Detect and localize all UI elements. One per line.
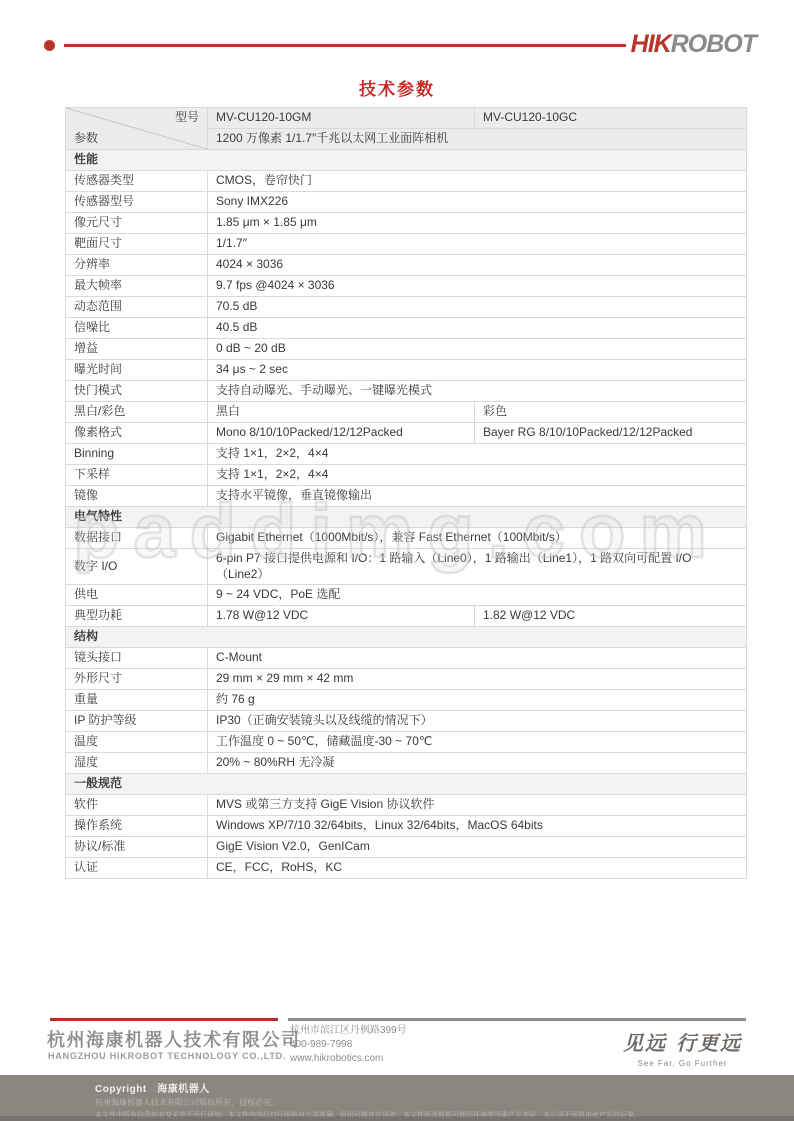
table-row: 最大帧率9.7 fps @4024 × 3036 xyxy=(66,276,747,297)
copyright-heading: Copyright 海康机器人 xyxy=(95,1080,794,1095)
copyright-bar: Copyright 海康机器人 杭州海康机器人技术有限公司版权所有，侵权必究。 … xyxy=(0,1075,794,1121)
model-name-cell: MV-CU120-10GM xyxy=(208,108,475,129)
slogan-en: See Far, Go Further xyxy=(623,1059,742,1068)
table-row: 镜像支持水平镜像，垂直镜像输出 xyxy=(66,486,747,507)
company-name-cn: 杭州海康机器人技术有限公司 xyxy=(47,1026,301,1052)
spec-value: 1.82 W@12 VDC xyxy=(475,606,747,627)
table-row: 认证CE，FCC，RoHS，KC xyxy=(66,858,747,879)
table-row: Binning支持 1×1，2×2，4×4 xyxy=(66,444,747,465)
table-row: 像素格式Mono 8/10/10Packed/12/12PackedBayer … xyxy=(66,423,747,444)
spec-label: 像素格式 xyxy=(66,423,208,444)
spec-label: 传感器类型 xyxy=(66,171,208,192)
spec-label: 外形尺寸 xyxy=(66,669,208,690)
legal-line-1: 杭州海康机器人技术有限公司版权所有，侵权必究。 xyxy=(95,1097,794,1108)
table-row: 快门模式支持自动曝光、手动曝光、一键曝光模式 xyxy=(66,381,747,402)
header-rule xyxy=(64,44,626,47)
spec-label: 数据接口 xyxy=(66,528,208,549)
spec-value: 支持水平镜像，垂直镜像输出 xyxy=(208,486,747,507)
spec-label: 增益 xyxy=(66,339,208,360)
spec-label: 下采样 xyxy=(66,465,208,486)
slogan-block: 见远 行更远 See Far, Go Further xyxy=(623,1027,742,1068)
address-line: 杭州市滨江区丹枫路399号 xyxy=(290,1024,407,1038)
page-title: 技术参数 xyxy=(0,75,794,100)
spec-label: 传感器型号 xyxy=(66,192,208,213)
spec-label: 曝光时间 xyxy=(66,360,208,381)
table-row: 黑白/彩色黑白彩色 xyxy=(66,402,747,423)
spec-value: 黑白 xyxy=(208,402,475,423)
spec-label: 快门模式 xyxy=(66,381,208,402)
spec-value: MVS 或第三方支持 GigE Vision 协议软件 xyxy=(208,795,747,816)
section-label: 结构 xyxy=(66,627,747,648)
spec-value: 34 μs ~ 2 sec xyxy=(208,360,747,381)
legal-line-2: 本文件中所有信息如有变更恕不另行通知；本文件内容经过仔细核对力求准确，但仍可能存… xyxy=(95,1110,794,1120)
datasheet-page: HIKROBOT 技术参数 型号 参数 MV-CU120-10GM MV-CU1… xyxy=(0,0,794,1121)
spec-value: Mono 8/10/10Packed/12/12Packed xyxy=(208,423,475,444)
table-row: 分辨率4024 × 3036 xyxy=(66,255,747,276)
spec-label: 软件 xyxy=(66,795,208,816)
table-row: 像元尺寸1.85 μm × 1.85 μm xyxy=(66,213,747,234)
table-row: 协议/标准GigE Vision V2.0，GenICam xyxy=(66,837,747,858)
spec-value: 支持自动曝光、手动曝光、一键曝光模式 xyxy=(208,381,747,402)
table-row: 曝光时间34 μs ~ 2 sec xyxy=(66,360,747,381)
spec-label: 典型功耗 xyxy=(66,606,208,627)
corner-label-model: 型号 xyxy=(175,110,199,126)
spec-value: 工作温度 0 ~ 50℃，储藏温度-30 ~ 70℃ xyxy=(208,732,747,753)
company-name-en: HANGZHOU HIKROBOT TECHNOLOGY CO.,LTD. xyxy=(48,1051,286,1061)
logo-robot-text: ROBOT xyxy=(671,30,756,58)
section-label: 性能 xyxy=(66,150,747,171)
spec-label: 靶面尺寸 xyxy=(66,234,208,255)
contact-block: 杭州市滨江区丹枫路399号 400-989-7998 www.hikroboti… xyxy=(290,1024,407,1066)
hikrobot-logo: HIKROBOT xyxy=(631,30,756,59)
section-row: 性能 xyxy=(66,150,747,171)
table-row: 温度工作温度 0 ~ 50℃，储藏温度-30 ~ 70℃ xyxy=(66,732,747,753)
table-row: 外形尺寸29 mm × 29 mm × 42 mm xyxy=(66,669,747,690)
spec-value: 6-pin P7 接口提供电源和 I/O：1 路输入（Line0），1 路输出（… xyxy=(208,549,747,585)
spec-label: 动态范围 xyxy=(66,297,208,318)
spec-value: GigE Vision V2.0，GenICam xyxy=(208,837,747,858)
spec-label: 信噪比 xyxy=(66,318,208,339)
spec-label: 湿度 xyxy=(66,753,208,774)
camera-description-cell: 1200 万像素 1/1.7″千兆以太网工业面阵相机 xyxy=(208,129,747,150)
section-label: 一般规范 xyxy=(66,774,747,795)
section-row: 结构 xyxy=(66,627,747,648)
table-row: 典型功耗1.78 W@12 VDC1.82 W@12 VDC xyxy=(66,606,747,627)
table-row: 供电9 ~ 24 VDC，PoE 选配 xyxy=(66,585,747,606)
table-row: 操作系统Windows XP/7/10 32/64bits，Linux 32/6… xyxy=(66,816,747,837)
spec-value: 支持 1×1，2×2，4×4 xyxy=(208,465,747,486)
spec-value: 70.5 dB xyxy=(208,297,747,318)
spec-label: 重量 xyxy=(66,690,208,711)
table-row: 传感器型号Sony IMX226 xyxy=(66,192,747,213)
spec-table-body: 型号 参数 MV-CU120-10GM MV-CU120-10GC 1200 万… xyxy=(66,108,747,879)
table-row: 动态范围70.5 dB xyxy=(66,297,747,318)
table-row: 传感器类型CMOS，卷帘快门 xyxy=(66,171,747,192)
spec-value: Windows XP/7/10 32/64bits，Linux 32/64bit… xyxy=(208,816,747,837)
table-row: 镜头接口C-Mount xyxy=(66,648,747,669)
spec-value: 约 76 g xyxy=(208,690,747,711)
spec-label: 最大帧率 xyxy=(66,276,208,297)
spec-value: C-Mount xyxy=(208,648,747,669)
spec-value: Sony IMX226 xyxy=(208,192,747,213)
table-row: 靶面尺寸1/1.7″ xyxy=(66,234,747,255)
spec-label: 分辨率 xyxy=(66,255,208,276)
accent-dot-icon xyxy=(44,40,55,51)
website-line: www.hikrobotics.com xyxy=(290,1052,407,1066)
spec-value: 9 ~ 24 VDC，PoE 选配 xyxy=(208,585,747,606)
spec-value: 20% ~ 80%RH 无冷凝 xyxy=(208,753,747,774)
spec-label: 协议/标准 xyxy=(66,837,208,858)
logo-hik-text: HIK xyxy=(631,30,671,58)
slogan-cn: 见远 行更远 xyxy=(623,1027,742,1056)
spec-value: Gigabit Ethernet（1000Mbit/s），兼容 Fast Eth… xyxy=(208,528,747,549)
spec-value: 40.5 dB xyxy=(208,318,747,339)
spec-value: 支持 1×1，2×2，4×4 xyxy=(208,444,747,465)
spec-value: 1.85 μm × 1.85 μm xyxy=(208,213,747,234)
footer-red-rule xyxy=(50,1018,278,1021)
table-row: IP 防护等级IP30（正确安装镜头以及线缆的情况下） xyxy=(66,711,747,732)
section-row: 一般规范 xyxy=(66,774,747,795)
spec-value: 29 mm × 29 mm × 42 mm xyxy=(208,669,747,690)
table-row: 数据接口Gigabit Ethernet（1000Mbit/s），兼容 Fast… xyxy=(66,528,747,549)
phone-line: 400-989-7998 xyxy=(290,1038,407,1052)
spec-value: Bayer RG 8/10/10Packed/12/12Packed xyxy=(475,423,747,444)
table-row: 重量约 76 g xyxy=(66,690,747,711)
spec-value: 1/1.7″ xyxy=(208,234,747,255)
spec-label: 镜头接口 xyxy=(66,648,208,669)
table-header-row: 型号 参数 MV-CU120-10GM MV-CU120-10GC xyxy=(66,108,747,129)
corner-cell: 型号 参数 xyxy=(66,108,208,150)
spec-label: 像元尺寸 xyxy=(66,213,208,234)
spec-value: CMOS，卷帘快门 xyxy=(208,171,747,192)
spec-value: 0 dB ~ 20 dB xyxy=(208,339,747,360)
table-row: 数字 I/O6-pin P7 接口提供电源和 I/O：1 路输入（Line0），… xyxy=(66,549,747,585)
spec-value: 9.7 fps @4024 × 3036 xyxy=(208,276,747,297)
spec-label: 操作系统 xyxy=(66,816,208,837)
model-name-cell: MV-CU120-10GC xyxy=(475,108,747,129)
spec-label: 镜像 xyxy=(66,486,208,507)
spec-value: 4024 × 3036 xyxy=(208,255,747,276)
spec-label: 温度 xyxy=(66,732,208,753)
spec-value: 彩色 xyxy=(475,402,747,423)
spec-label: 黑白/彩色 xyxy=(66,402,208,423)
table-row: 下采样支持 1×1，2×2，4×4 xyxy=(66,465,747,486)
footer-gray-rule xyxy=(288,1018,746,1021)
spec-value: 1.78 W@12 VDC xyxy=(208,606,475,627)
spec-label: 认证 xyxy=(66,858,208,879)
section-row: 电气特性 xyxy=(66,507,747,528)
spec-table: 型号 参数 MV-CU120-10GM MV-CU120-10GC 1200 万… xyxy=(65,107,747,879)
table-row: 湿度20% ~ 80%RH 无冷凝 xyxy=(66,753,747,774)
spec-label: 数字 I/O xyxy=(66,549,208,585)
section-label: 电气特性 xyxy=(66,507,747,528)
corner-label-param: 参数 xyxy=(74,131,98,147)
spec-label: 供电 xyxy=(66,585,208,606)
spec-value: CE，FCC，RoHS，KC xyxy=(208,858,747,879)
spec-label: IP 防护等级 xyxy=(66,711,208,732)
table-row: 软件MVS 或第三方支持 GigE Vision 协议软件 xyxy=(66,795,747,816)
table-row: 信噪比40.5 dB xyxy=(66,318,747,339)
spec-label: Binning xyxy=(66,444,208,465)
table-row: 增益0 dB ~ 20 dB xyxy=(66,339,747,360)
spec-value: IP30（正确安装镜头以及线缆的情况下） xyxy=(208,711,747,732)
